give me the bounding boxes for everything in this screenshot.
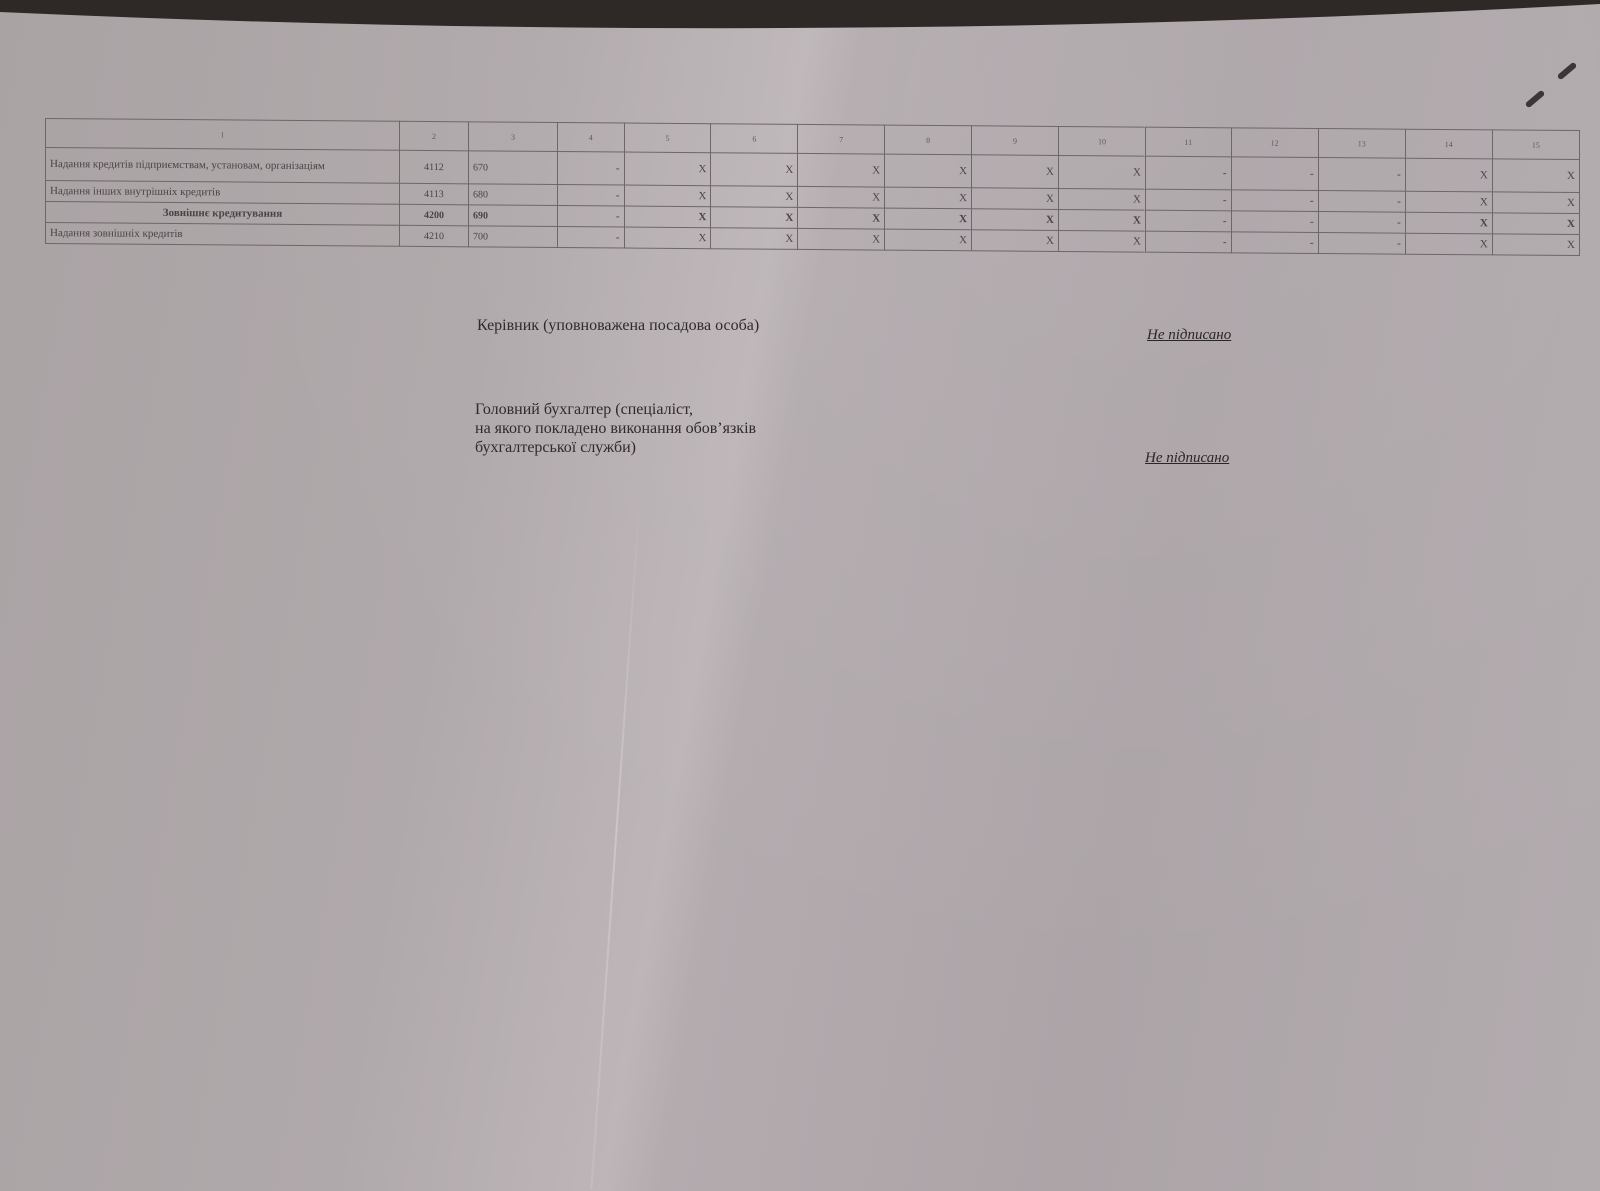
paper-fold [590,480,642,1189]
column-number-cell: 7 [798,124,885,154]
row-value-cell: X [972,155,1059,189]
accountant-signature-label: Головний бухгалтер (спеціаліст, на якого… [475,400,756,457]
row-value-cell: - [1231,211,1318,233]
pen-mark [1525,90,1546,109]
column-number-cell: 5 [624,123,711,153]
report-table: 123456789101112131415 Надання кредитів п… [45,118,1580,256]
paper-sheet: 123456789101112131415 Надання кредитів п… [0,0,1600,1191]
row-value-cell: - [558,227,625,249]
row-value-cell: X [1058,155,1145,189]
row-value-cell: - [1318,190,1405,212]
row-value-cell: X [711,153,798,187]
row-value-cell: X [1405,158,1492,192]
row-value-cell: X [1492,192,1579,214]
column-number-cell: 3 [469,122,558,152]
row-code-cell: 4113 [400,183,469,205]
row-value-cell: X [624,206,711,228]
row-value-cell: X [885,187,972,209]
column-number-cell: 6 [711,124,798,154]
row-line-cell: 700 [469,226,558,248]
accountant-label-line: бухгалтерської служби) [475,438,756,457]
row-value-cell: - [1145,189,1231,211]
row-line-cell: 690 [469,205,558,227]
row-value-cell: X [624,152,711,186]
row-value-cell: X [885,154,972,188]
row-value-cell: X [1492,234,1579,256]
row-value-cell: X [885,208,972,230]
row-value-cell: X [1058,230,1145,252]
row-value-cell: X [1405,233,1492,255]
pen-mark [1557,62,1578,81]
row-value-cell: X [1058,209,1145,231]
row-value-cell: - [1318,232,1405,254]
row-code-cell: 4112 [400,150,469,184]
column-number-cell: 4 [558,123,625,153]
report-table-wrapper: 123456789101112131415 Надання кредитів п… [45,118,1580,256]
row-value-cell: X [798,228,885,250]
column-number-cell: 12 [1231,128,1318,158]
row-value-cell: X [711,228,798,250]
column-number-cell: 9 [972,126,1059,156]
row-code-cell: 4200 [400,204,469,226]
column-number-cell: 2 [400,121,469,151]
row-value-cell: X [1492,213,1579,235]
row-value-cell: X [798,207,885,229]
row-value-cell: X [798,186,885,208]
row-value-cell: X [1058,188,1145,210]
row-value-cell: X [972,209,1059,231]
row-value-cell: - [1231,190,1318,212]
row-value-cell: - [558,152,625,186]
row-value-cell: X [1405,191,1492,213]
row-value-cell: - [558,185,625,207]
row-value-cell: X [798,153,885,187]
row-line-cell: 680 [469,184,558,206]
row-value-cell: X [1492,159,1579,193]
row-value-cell: X [972,230,1059,252]
accountant-signature-status: Не підписано [1145,450,1229,467]
row-value-cell: X [711,207,798,229]
row-value-cell: X [624,185,711,207]
row-value-cell: X [1405,212,1492,234]
row-value-cell: - [1145,156,1231,190]
director-signature-label: Керівник (уповноважена посадова особа) [477,316,759,335]
row-value-cell: X [885,229,972,251]
column-number-cell: 10 [1058,126,1145,156]
row-value-cell: - [1145,210,1231,232]
column-number-cell: 11 [1145,127,1231,157]
row-label-cell: Надання кредитів підприємствам, установа… [46,148,400,184]
row-value-cell: X [624,227,711,249]
director-label-text: Керівник (уповноважена посадова особа) [477,317,759,334]
accountant-label-line: Головний бухгалтер (спеціаліст, [475,400,756,419]
column-number-cell: 13 [1318,128,1405,158]
column-number-cell: 8 [885,125,972,155]
accountant-label-line: на якого покладено виконання обов’язків [475,419,756,438]
row-value-cell: X [972,188,1059,210]
row-value-cell: - [1318,211,1405,233]
report-table-body: 123456789101112131415 Надання кредитів п… [46,119,1580,256]
row-label-cell: Надання зовнішніх кредитів [46,223,400,247]
column-number-cell: 1 [46,119,400,151]
row-value-cell: - [558,206,625,228]
row-value-cell: - [1318,157,1405,191]
row-value-cell: - [1231,232,1318,254]
director-signature-status: Не підписано [1147,327,1231,344]
row-value-cell: X [711,186,798,208]
row-label-cell: Надання інших внутрішніх кредитів [46,181,400,205]
row-value-cell: - [1231,157,1318,191]
column-number-cell: 15 [1492,130,1579,160]
row-line-cell: 670 [469,151,558,185]
row-value-cell: - [1145,231,1231,253]
row-label-cell: Зовнішнє кредитування [46,202,400,226]
row-code-cell: 4210 [400,225,469,247]
column-number-cell: 14 [1405,129,1492,159]
